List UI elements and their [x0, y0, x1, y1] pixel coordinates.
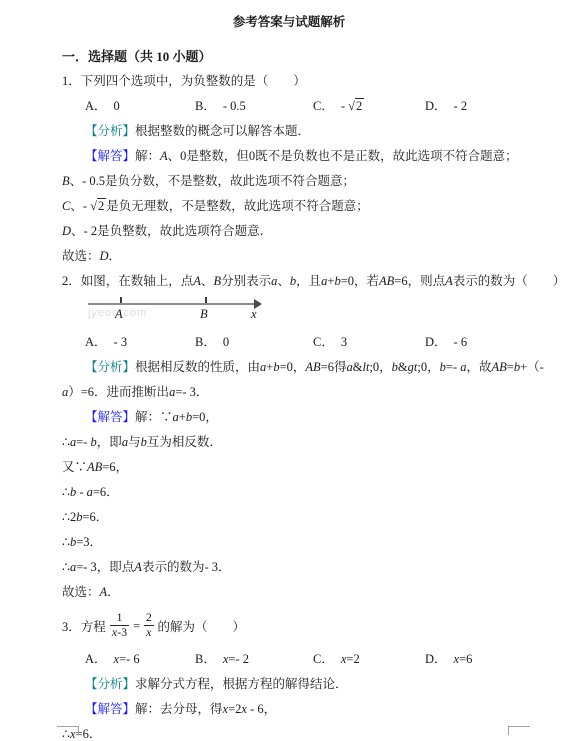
number-line-figure: jyeoo.com A B x [88, 296, 288, 330]
analysis-text: 求解分式方程，根据方程的解得结论． [135, 677, 348, 691]
question-1-text: 下列四个选项中，为负整数的是（ ） [81, 74, 306, 88]
point-a-label: A [115, 306, 123, 322]
question-1-answer-line-c: C、- √2是负无理数，不是整数，故此选项不符合题意； [62, 194, 578, 219]
question-1-analysis: 【分析】根据整数的概念可以解答本题． [85, 119, 578, 144]
answer-step: ∴b - a=6． [62, 480, 578, 505]
question-3-analysis: 【分析】求解分式方程，根据方程的解得结论． [85, 672, 578, 697]
option-2d: D．- 6 [425, 330, 467, 355]
option-3b: B．x=- 2 [195, 647, 313, 672]
point-b-label: B [200, 306, 208, 322]
option-1a-label: A． [85, 99, 107, 113]
option-1b: B．- 0.5 [195, 94, 313, 119]
option-1c-label: C． [313, 99, 334, 113]
answer-text: 解：∵a+b=0， [135, 410, 218, 424]
page-corner-mark-left [57, 726, 79, 735]
stem-pre: 方程 [81, 617, 106, 635]
radical-sqrt2: 2 [97, 198, 106, 213]
question-2-stem: 2．如图，在数轴上，点A、B分别表示a、b，且a+b=0，若AB=6，则点A表示… [62, 269, 578, 294]
option-2a-value: - 3 [114, 335, 128, 349]
number-line [88, 303, 256, 305]
option-1a: A．0 [85, 94, 195, 119]
option-3a: A．x=- 6 [85, 647, 195, 672]
tick-mark-a [120, 297, 122, 303]
question-3-final: ∴x=6． [62, 722, 578, 741]
option-1d-value: - 2 [454, 99, 468, 113]
option-1d: D．- 2 [425, 94, 467, 119]
option-3c: C．x=2 [313, 647, 425, 672]
answer-tag: 【解答】 [85, 702, 135, 716]
option-2c: C．3 [313, 330, 425, 355]
option-3b-label: B． [195, 652, 216, 666]
question-1-conclusion: 故选：D． [62, 244, 578, 269]
option-3b-value: x=- 2 [223, 652, 249, 666]
question-2-number: 2． [62, 274, 81, 288]
answer-step: 又∵AB=6， [62, 455, 578, 480]
answer-step: ∴b=3． [62, 530, 578, 555]
option-2b: B．0 [195, 330, 313, 355]
answer-tag: 【解答】 [85, 410, 135, 424]
analysis-text-line1: 根据相反数的性质，由a+b=0，AB=6得a&lt;0，b&gt;0，b=- a… [135, 360, 544, 374]
option-1d-label: D． [425, 99, 447, 113]
question-2-answer: 【解答】解：∵a+b=0， [85, 405, 578, 430]
option-2c-label: C． [313, 335, 334, 349]
equals-sign: = [133, 619, 140, 634]
question-1-answer: 【解答】解：A、0是整数，但0既不是负数也不是正数，故此选项不符合题意； [85, 144, 578, 169]
question-1-number: 1． [62, 74, 81, 88]
question-2-analysis-line2: a）=6．进而推断出a=- 3． [62, 380, 578, 405]
question-1-answer-line-d: D、- 2是负整数，故此选项符合题意． [62, 219, 578, 244]
fraction: 1x-3 [110, 611, 129, 640]
section-heading: 一．选择题（共 10 小题） [62, 44, 578, 69]
option-2b-label: B． [195, 335, 216, 349]
analysis-tag: 【分析】 [85, 124, 135, 138]
question-2-options: A．- 3 B．0 C．3 D．- 6 [85, 330, 578, 355]
option-3c-value: x=2 [341, 652, 360, 666]
option-2b-value: 0 [223, 335, 229, 349]
question-1-answer-line-b: B、- 0.5是负分数，不是整数，故此选项不符合题意； [62, 169, 578, 194]
page-corner-mark-right [508, 726, 530, 735]
option-3a-value: x=- 6 [114, 652, 140, 666]
question-1-options: A．0 B．- 0.5 C．- √2 D．- 2 [85, 94, 578, 119]
analysis-text: 根据整数的概念可以解答本题． [135, 124, 310, 138]
option-3d: D．x=6 [425, 647, 472, 672]
line-c-post: 是负无理数，不是整数，故此选项不符合题意； [106, 199, 369, 213]
option-3d-label: D． [425, 652, 447, 666]
option-2c-value: 3 [341, 335, 347, 349]
stem-post: 的解为（ ） [158, 617, 246, 635]
question-3-options: A．x=- 6 B．x=- 2 C．x=2 D．x=6 [85, 647, 578, 672]
option-1c: C．- √2 [313, 94, 425, 119]
fraction: 2x [144, 611, 153, 640]
answer-step: ∴a=- b，即a与b互为相反数． [62, 430, 578, 455]
answer-step: ∴a=- 3，即点A表示的数为- 3． [62, 555, 578, 580]
question-2-text: 如图，在数轴上，点A、B分别表示a、b，且a+b=0，若AB=6，则点A表示的数… [81, 274, 565, 288]
option-1b-value: - 0.5 [223, 99, 246, 113]
question-3-number: 3． [62, 617, 81, 635]
option-3c-label: C． [313, 652, 334, 666]
line-c-pre: C、- √ [62, 199, 97, 213]
question-3-answer: 【解答】解：去分母，得x=2x - 6， [85, 697, 578, 722]
axis-x-label: x [251, 306, 257, 322]
answer-text: 解：A、0是整数，但0既不是负数也不是正数，故此选项不符合题意； [135, 149, 518, 163]
answer-text: 解：去分母，得x=2x - 6， [135, 702, 276, 716]
option-2a-label: A． [85, 335, 107, 349]
option-1a-value: 0 [114, 99, 120, 113]
option-3a-label: A． [85, 652, 107, 666]
answer-step: ∴2b=6． [62, 505, 578, 530]
question-3-stem: 3．方程1x-3=2x的解为（ ） [62, 605, 578, 647]
doc-title: 参考答案与试题解析 [0, 0, 578, 30]
option-2d-value: - 6 [454, 335, 468, 349]
radical-sqrt2: - √2 [341, 98, 364, 113]
option-2d-label: D． [425, 335, 447, 349]
option-2a: A．- 3 [85, 330, 195, 355]
tick-mark-b [205, 297, 207, 303]
question-2-conclusion: 故选：A． [62, 580, 578, 605]
option-1b-label: B． [195, 99, 216, 113]
answer-tag: 【解答】 [85, 149, 135, 163]
analysis-tag: 【分析】 [85, 677, 135, 691]
analysis-tag: 【分析】 [85, 360, 135, 374]
option-3d-value: x=6 [454, 652, 473, 666]
question-2-analysis: 【分析】根据相反数的性质，由a+b=0，AB=6得a&lt;0，b&gt;0，b… [85, 355, 578, 380]
question-1-stem: 1．下列四个选项中，为负整数的是（ ） [62, 69, 578, 94]
